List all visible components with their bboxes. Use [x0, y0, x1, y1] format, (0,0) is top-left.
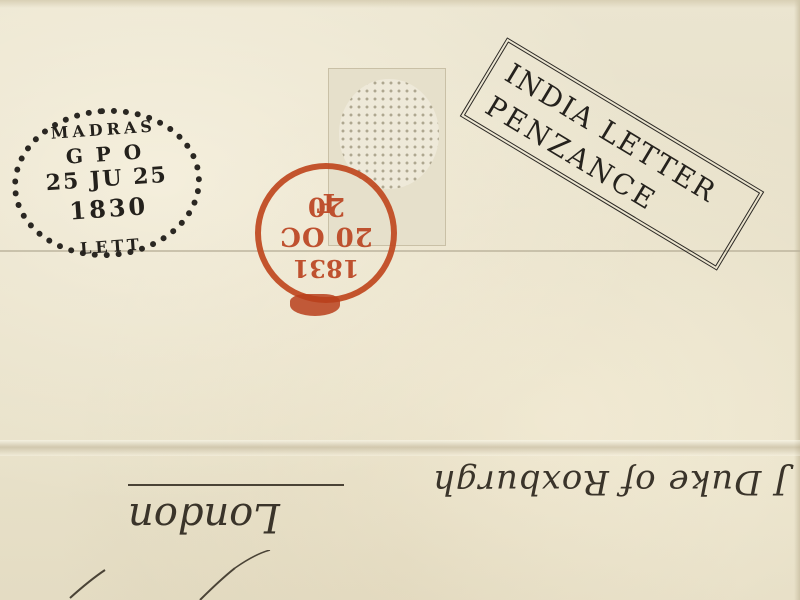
- handwritten-city: London: [128, 494, 280, 540]
- handwritten-underline: [128, 484, 344, 486]
- paper-fold: [0, 440, 800, 456]
- handwriting-fragment-strokes: [60, 550, 360, 600]
- paper-top-edge: [0, 0, 800, 8]
- handwritten-addressee: J Duke of Roxburgh: [432, 462, 788, 502]
- red-stamp-letter: F: [261, 187, 391, 217]
- red-date-stamp: 1831 20 OC 20 F: [255, 163, 397, 303]
- red-ink-blot: [290, 294, 340, 316]
- paper-right-edge: [794, 0, 800, 600]
- red-stamp-year: 1831: [261, 254, 391, 283]
